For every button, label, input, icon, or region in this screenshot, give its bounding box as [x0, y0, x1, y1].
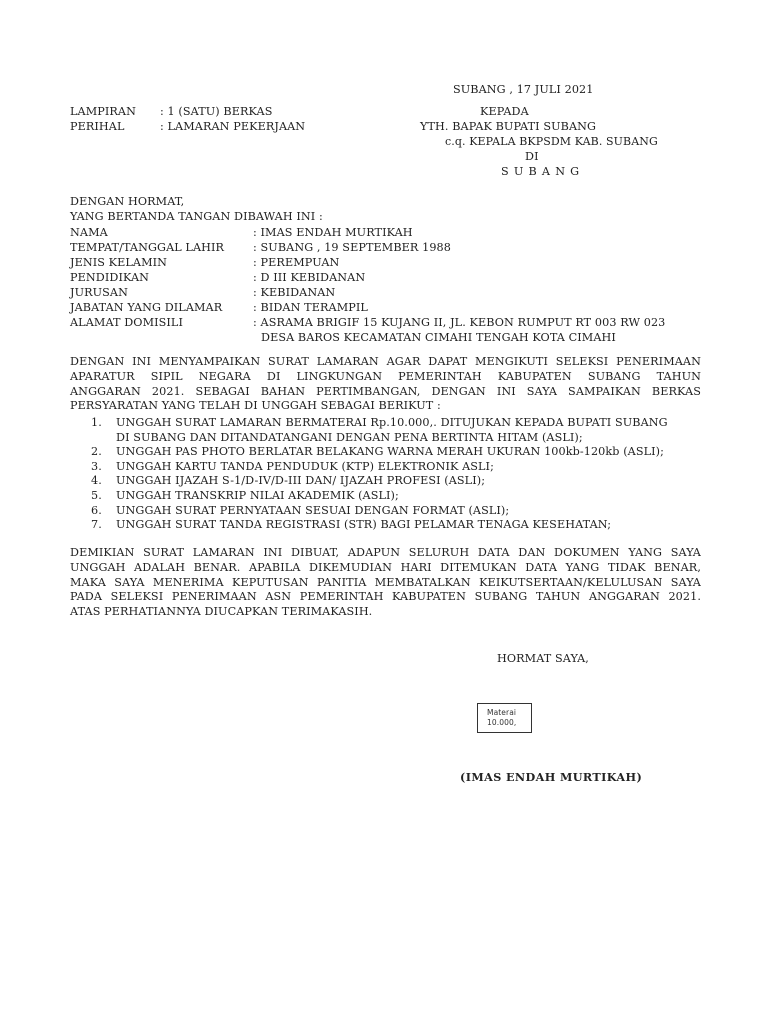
- paragraph-line: PERSYARATAN YANG TELAH DI UNGGAH SEBAGAI…: [70, 399, 701, 414]
- letter-date: SUBANG , 17 JULI 2021: [453, 83, 593, 98]
- field-label: JENIS KELAMIN: [70, 255, 167, 270]
- body-paragraph: DENGAN INI MENYAMPAIKAN SURAT LAMARAN AG…: [70, 355, 701, 414]
- recipient-line: YTH. BAPAK BUPATI SUBANG: [420, 120, 596, 135]
- closing-salutation: HORMAT SAYA,: [497, 652, 589, 667]
- field-label: NAMA: [70, 225, 108, 240]
- item-text: UNGGAH PAS PHOTO BERLATAR BELAKANG WARNA…: [116, 445, 710, 460]
- field-value: : ASRAMA BRIGIF 15 KUJANG II, JL. KEBON …: [253, 315, 665, 330]
- item-text: UNGGAH SURAT TANDA REGISTRASI (STR) BAGI…: [116, 518, 710, 533]
- item-number: 6.: [91, 504, 102, 519]
- item-text: UNGGAH SURAT LAMARAN BERMATERAI Rp.10.00…: [116, 416, 710, 431]
- perihal-label: PERIHAL: [70, 120, 125, 135]
- signature-name: (IMAS ENDAH MURTIKAH): [460, 770, 642, 785]
- item-text: UNGGAH KARTU TANDA PENDUDUK (KTP) ELEKTR…: [116, 460, 710, 475]
- requirement-item: 5.UNGGAH TRANSKRIP NILAI AKADEMIK (ASLI)…: [70, 489, 710, 504]
- item-number: 7.: [91, 518, 102, 533]
- greeting: DENGAN HORMAT,: [70, 195, 184, 210]
- requirements-list: 1.UNGGAH SURAT LAMARAN BERMATERAI Rp.10.…: [70, 416, 710, 533]
- requirement-item: 7.UNGGAH SURAT TANDA REGISTRASI (STR) BA…: [70, 518, 710, 533]
- field-label: TEMPAT/TANGGAL LAHIR: [70, 240, 224, 255]
- item-number: 5.: [91, 489, 102, 504]
- paragraph-line: ATAS PERHATIANNYA DIUCAPKAN TERIMAKASIH.: [70, 605, 701, 620]
- field-value: : PEREMPUAN: [253, 255, 339, 270]
- item-number: 4.: [91, 474, 102, 489]
- recipient-line: c.q. KEPALA BKPSDM KAB. SUBANG: [445, 135, 658, 150]
- recipient-line: DI: [525, 150, 539, 165]
- intro-line: YANG BERTANDA TANGAN DIBAWAH INI :: [70, 210, 323, 225]
- field-value: : KEBIDANAN: [253, 285, 335, 300]
- requirement-item: 6.UNGGAH SURAT PERNYATAAN SESUAI DENGAN …: [70, 504, 710, 519]
- item-text-continuation: DI SUBANG DAN DITANDATANGANI DENGAN PENA…: [116, 431, 710, 446]
- paragraph-line: PADA SELEKSI PENERIMAAN ASN PEMERINTAH K…: [70, 590, 701, 605]
- field-value: : BIDAN TERAMPIL: [253, 300, 368, 315]
- item-text: UNGGAH TRANSKRIP NILAI AKADEMIK (ASLI);: [116, 489, 710, 504]
- requirement-item: 1.UNGGAH SURAT LAMARAN BERMATERAI Rp.10.…: [70, 416, 710, 445]
- field-value: : D III KEBIDANAN: [253, 270, 365, 285]
- field-value: : IMAS ENDAH MURTIKAH: [253, 225, 413, 240]
- field-label: PENDIDIKAN: [70, 270, 149, 285]
- field-label: ALAMAT DOMISILI: [70, 315, 183, 330]
- requirement-item: 4.UNGGAH IJAZAH S-1/D-IV/D-III DAN/ IJAZ…: [70, 474, 710, 489]
- paragraph-line: DEMIKIAN SURAT LAMARAN INI DIBUAT, ADAPU…: [70, 546, 701, 561]
- materai-label: Materai: [487, 708, 531, 718]
- lampiran-label: LAMPIRAN: [70, 105, 136, 120]
- materai-amount: 10.000,: [487, 718, 531, 728]
- perihal-value: : LAMARAN PEKERJAAN: [160, 120, 305, 135]
- item-text: UNGGAH SURAT PERNYATAAN SESUAI DENGAN FO…: [116, 504, 710, 519]
- paragraph-line: APARATUR SIPIL NEGARA DI LINGKUNGAN PEME…: [70, 370, 701, 385]
- recipient-line: KEPADA: [480, 105, 529, 120]
- field-value-continuation: DESA BAROS KECAMATAN CIMAHI TENGAH KOTA …: [261, 330, 616, 345]
- item-number: 3.: [91, 460, 102, 475]
- stamp-duty-box: Materai 10.000,: [477, 703, 532, 733]
- field-label: JABATAN YANG DILAMAR: [70, 300, 222, 315]
- paragraph-line: MAKA SAYA MENERIMA KEPUTUSAN PANITIA MEM…: [70, 576, 701, 591]
- item-number: 2.: [91, 445, 102, 460]
- field-label: JURUSAN: [70, 285, 128, 300]
- paragraph-line: DENGAN INI MENYAMPAIKAN SURAT LAMARAN AG…: [70, 355, 701, 370]
- requirement-item: 3.UNGGAH KARTU TANDA PENDUDUK (KTP) ELEK…: [70, 460, 710, 475]
- field-value: : SUBANG , 19 SEPTEMBER 1988: [253, 240, 451, 255]
- paragraph-line: UNGGAH ADALAH BENAR. APABILA DIKEMUDIAN …: [70, 561, 701, 576]
- lampiran-value: : 1 (SATU) BERKAS: [160, 105, 272, 120]
- paragraph-line: ANGGARAN 2021. SEBAGAI BAHAN PERTIMBANGA…: [70, 385, 701, 400]
- requirement-item: 2.UNGGAH PAS PHOTO BERLATAR BELAKANG WAR…: [70, 445, 710, 460]
- recipient-city: SUBANG: [501, 165, 584, 180]
- item-text: UNGGAH IJAZAH S-1/D-IV/D-III DAN/ IJAZAH…: [116, 474, 710, 489]
- item-number: 1.: [91, 416, 102, 431]
- closing-paragraph: DEMIKIAN SURAT LAMARAN INI DIBUAT, ADAPU…: [70, 546, 701, 620]
